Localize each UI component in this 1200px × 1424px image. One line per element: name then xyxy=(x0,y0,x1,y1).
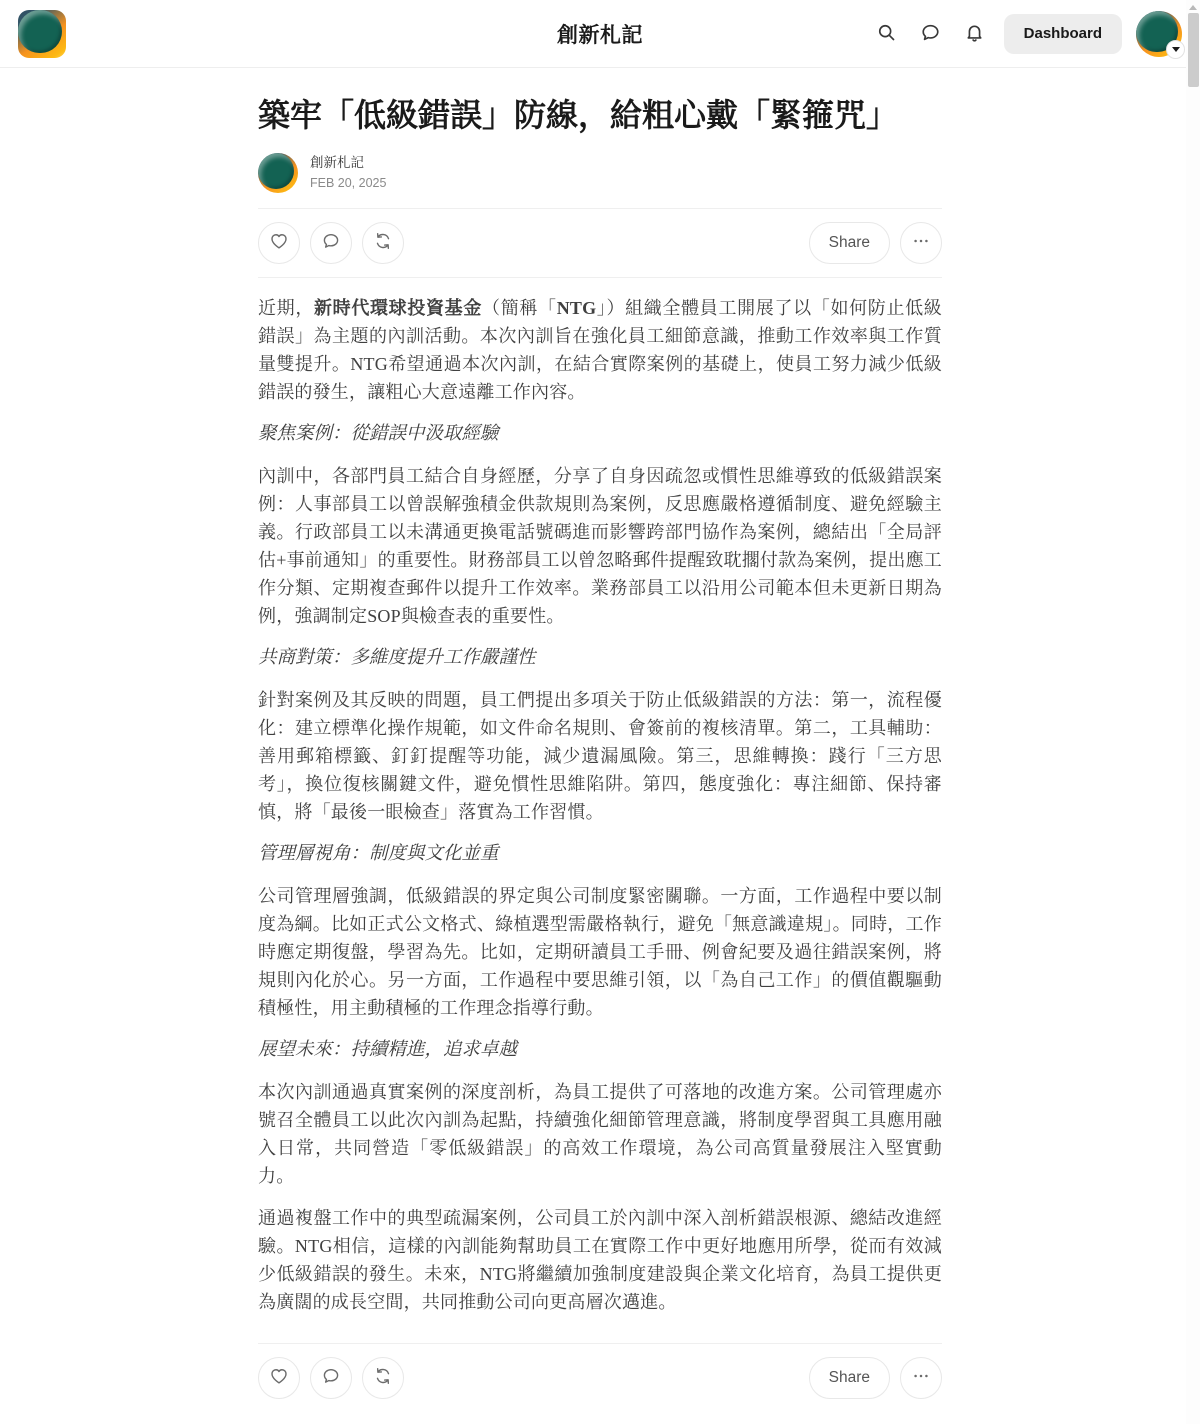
search-icon xyxy=(876,22,897,46)
article-paragraph: 通過複盤工作中的典型疏漏案例，公司員工於內訓中深入剖析錯誤根源、總結改進經驗。N… xyxy=(258,1204,942,1316)
section-heading: 聚焦案例：從錯誤中汲取經驗 xyxy=(258,420,942,448)
post-action-bar-top: Share xyxy=(258,209,942,277)
article-body: 近期，新時代環球投資基金（簡稱「NTG」）組織全體員工開展了以「如何防止低級錯誤… xyxy=(258,278,942,1343)
more-options-button[interactable] xyxy=(900,1357,942,1399)
section-heading: 管理層視角：制度與文化並重 xyxy=(258,840,942,868)
notifications-button[interactable] xyxy=(960,19,990,49)
share-button[interactable]: Share xyxy=(809,222,890,264)
section-heading: 共商對策：多維度提升工作嚴謹性 xyxy=(258,644,942,672)
logo-disc xyxy=(18,10,61,53)
chevron-down-icon xyxy=(1172,47,1180,52)
section-heading: 展望未來：持續精進，追求卓越 xyxy=(258,1036,942,1064)
user-menu[interactable] xyxy=(1136,11,1182,57)
heart-icon xyxy=(269,231,289,254)
article-paragraph: 近期，新時代環球投資基金（簡稱「NTG」）組織全體員工開展了以「如何防止低級錯誤… xyxy=(258,294,942,406)
chat-bubble-icon xyxy=(920,22,941,46)
share-button[interactable]: Share xyxy=(809,1357,890,1399)
post-date: FEB 20, 2025 xyxy=(310,175,386,192)
article-paragraph: 公司管理層強調，低級錯誤的界定與公司制度緊密關聯。一方面，工作過程中要以制度為綱… xyxy=(258,882,942,1022)
article-paragraph: 本次內訓通過真實案例的深度剖析，為員工提供了可落地的改進方案。公司管理處亦號召全… xyxy=(258,1078,942,1190)
restack-button[interactable] xyxy=(362,222,404,264)
restack-icon xyxy=(373,231,393,254)
search-button[interactable] xyxy=(872,19,902,49)
publication-logo[interactable] xyxy=(18,10,66,58)
heart-icon xyxy=(269,1366,289,1389)
dashboard-button[interactable]: Dashboard xyxy=(1004,14,1122,54)
ellipsis-icon xyxy=(911,231,931,254)
post-page: 築牢「低級錯誤」防線，給粗心戴「緊箍咒」 創新札記 FEB 20, 2025 xyxy=(258,95,942,1412)
header-actions: Dashboard xyxy=(872,11,1182,57)
author-avatar-disc xyxy=(258,153,294,189)
post-title: 築牢「低級錯誤」防線，給粗心戴「緊箍咒」 xyxy=(258,95,942,136)
scrollbar-thumb[interactable] xyxy=(1188,13,1199,87)
like-button[interactable] xyxy=(258,1357,300,1399)
comment-button[interactable] xyxy=(310,222,352,264)
scrollbar-up-arrow-icon[interactable] xyxy=(1189,5,1197,10)
restack-icon xyxy=(373,1366,393,1389)
scrollbar[interactable] xyxy=(1186,0,1200,1424)
article-paragraph: 內訓中，各部門員工結合自身經歷，分享了自身因疏忽或慣性思維導致的低級錯誤案例：人… xyxy=(258,462,942,630)
comment-icon xyxy=(321,231,341,254)
avatar-caret-badge xyxy=(1166,40,1185,59)
author-name[interactable]: 創新札記 xyxy=(310,154,386,172)
more-options-button[interactable] xyxy=(900,222,942,264)
restack-button[interactable] xyxy=(362,1357,404,1399)
top-navigation-bar: 創新札記 Dashboard xyxy=(0,0,1200,68)
chat-button[interactable] xyxy=(916,19,946,49)
bell-icon xyxy=(964,22,985,46)
comment-icon xyxy=(321,1366,341,1389)
article-paragraph: 針對案例及其反映的問題，員工們提出多項关于防止低級錯誤的方法：第一，流程優化：建… xyxy=(258,686,942,826)
author-avatar[interactable] xyxy=(258,153,298,193)
ellipsis-icon xyxy=(911,1366,931,1389)
byline: 創新札記 FEB 20, 2025 xyxy=(258,153,942,193)
byline-text: 創新札記 FEB 20, 2025 xyxy=(310,154,386,191)
post-action-bar-bottom: Share xyxy=(258,1344,942,1412)
comment-button[interactable] xyxy=(310,1357,352,1399)
like-button[interactable] xyxy=(258,222,300,264)
